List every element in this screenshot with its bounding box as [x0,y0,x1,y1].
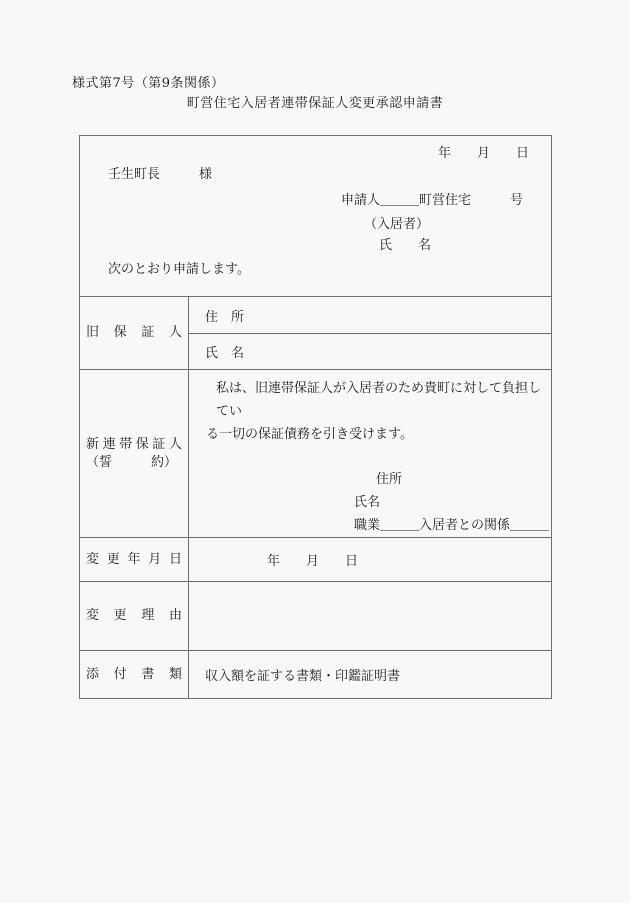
table-row-new-guarantor: 新連帯保証人 （誓 約） 私は、旧連帯保証人が入居者のため貴町に対して負担してい… [80,370,552,538]
pledge-text-line1: 私は、旧連帯保証人が入居者のため貴町に対して負担してい [189,377,551,423]
change-date-label: 変更年月日 [86,551,182,569]
change-date-label-cell: 変更年月日 [80,538,189,582]
document-page: 様式第7号（第9条関係） 町営住宅入居者連帯保証人変更承認申請書 年 月 日 壬… [0,0,630,903]
pledge-text-line2: る一切の保証債務を引き受けます。 [189,423,551,446]
date-line: 年 月 日 [80,145,551,162]
old-guarantor-label: 旧保証人 [86,324,182,342]
attachments-label: 添付書類 [86,666,182,684]
attachments-value-cell: 収入額を証する書類・印鑑証明書 [189,651,552,699]
change-reason-label-cell: 変更理由 [80,582,189,651]
old-guarantor-label-cell: 旧保証人 [80,297,189,370]
document-title: 町営住宅入居者連帯保証人変更承認申請書 [0,96,630,112]
new-guarantor-label-cell: 新連帯保証人 （誓 約） [80,370,189,538]
new-guarantor-name-label: 氏名 [354,491,551,514]
old-guarantor-name-cell: 氏 名 [189,334,552,370]
form-number: 様式第7号（第9条関係） [72,76,225,92]
old-guarantor-name-label: 氏 名 [205,346,244,361]
applicant-line: 申請人＿＿＿町営住宅 号 [341,192,551,209]
new-guarantor-signature-block: 住所 氏名 職業＿＿＿入居者との関係＿＿＿ [354,468,551,537]
table-row-change-date: 変更年月日 年 月 日 [80,538,552,582]
old-guarantor-address-cell: 住 所 [189,297,552,334]
table-row-old-guarantor-address: 旧保証人 住 所 [80,297,552,334]
header-cell: 年 月 日 壬生町長 様 申請人＿＿＿町営住宅 号 （入居者） 氏 名 次のとお… [80,136,552,297]
table-row-header: 年 月 日 壬生町長 様 申請人＿＿＿町営住宅 号 （入居者） 氏 名 次のとお… [80,136,552,297]
declaration-line: 次のとおり申請します。 [108,261,551,278]
attachments-label-cell: 添付書類 [80,651,189,699]
table-row-attachments: 添付書類 収入額を証する書類・印鑑証明書 [80,651,552,699]
addressee-line: 壬生町長 様 [108,166,551,183]
change-reason-label: 変更理由 [86,607,182,625]
change-date-value: 年 月 日 [267,554,358,569]
old-guarantor-address-label: 住 所 [205,310,244,325]
application-form-table: 年 月 日 壬生町長 様 申請人＿＿＿町営住宅 号 （入居者） 氏 名 次のとお… [79,135,552,699]
new-guarantor-address-label: 住所 [354,468,551,491]
new-guarantor-occupation-line: 職業＿＿＿入居者との関係＿＿＿ [354,514,551,537]
applicant-name-label: 氏 名 [379,237,551,254]
new-guarantor-label: 新連帯保証人 [86,436,182,454]
attachments-value: 収入額を証する書類・印鑑証明書 [205,669,400,684]
change-date-value-cell: 年 月 日 [189,538,552,582]
resident-label: （入居者） [364,216,551,233]
table-row-change-reason: 変更理由 [80,582,552,651]
new-guarantor-pledge-label: （誓 約） [86,454,182,472]
change-reason-value-cell [189,582,552,651]
new-guarantor-content-cell: 私は、旧連帯保証人が入居者のため貴町に対して負担してい る一切の保証債務を引き受… [189,370,552,538]
